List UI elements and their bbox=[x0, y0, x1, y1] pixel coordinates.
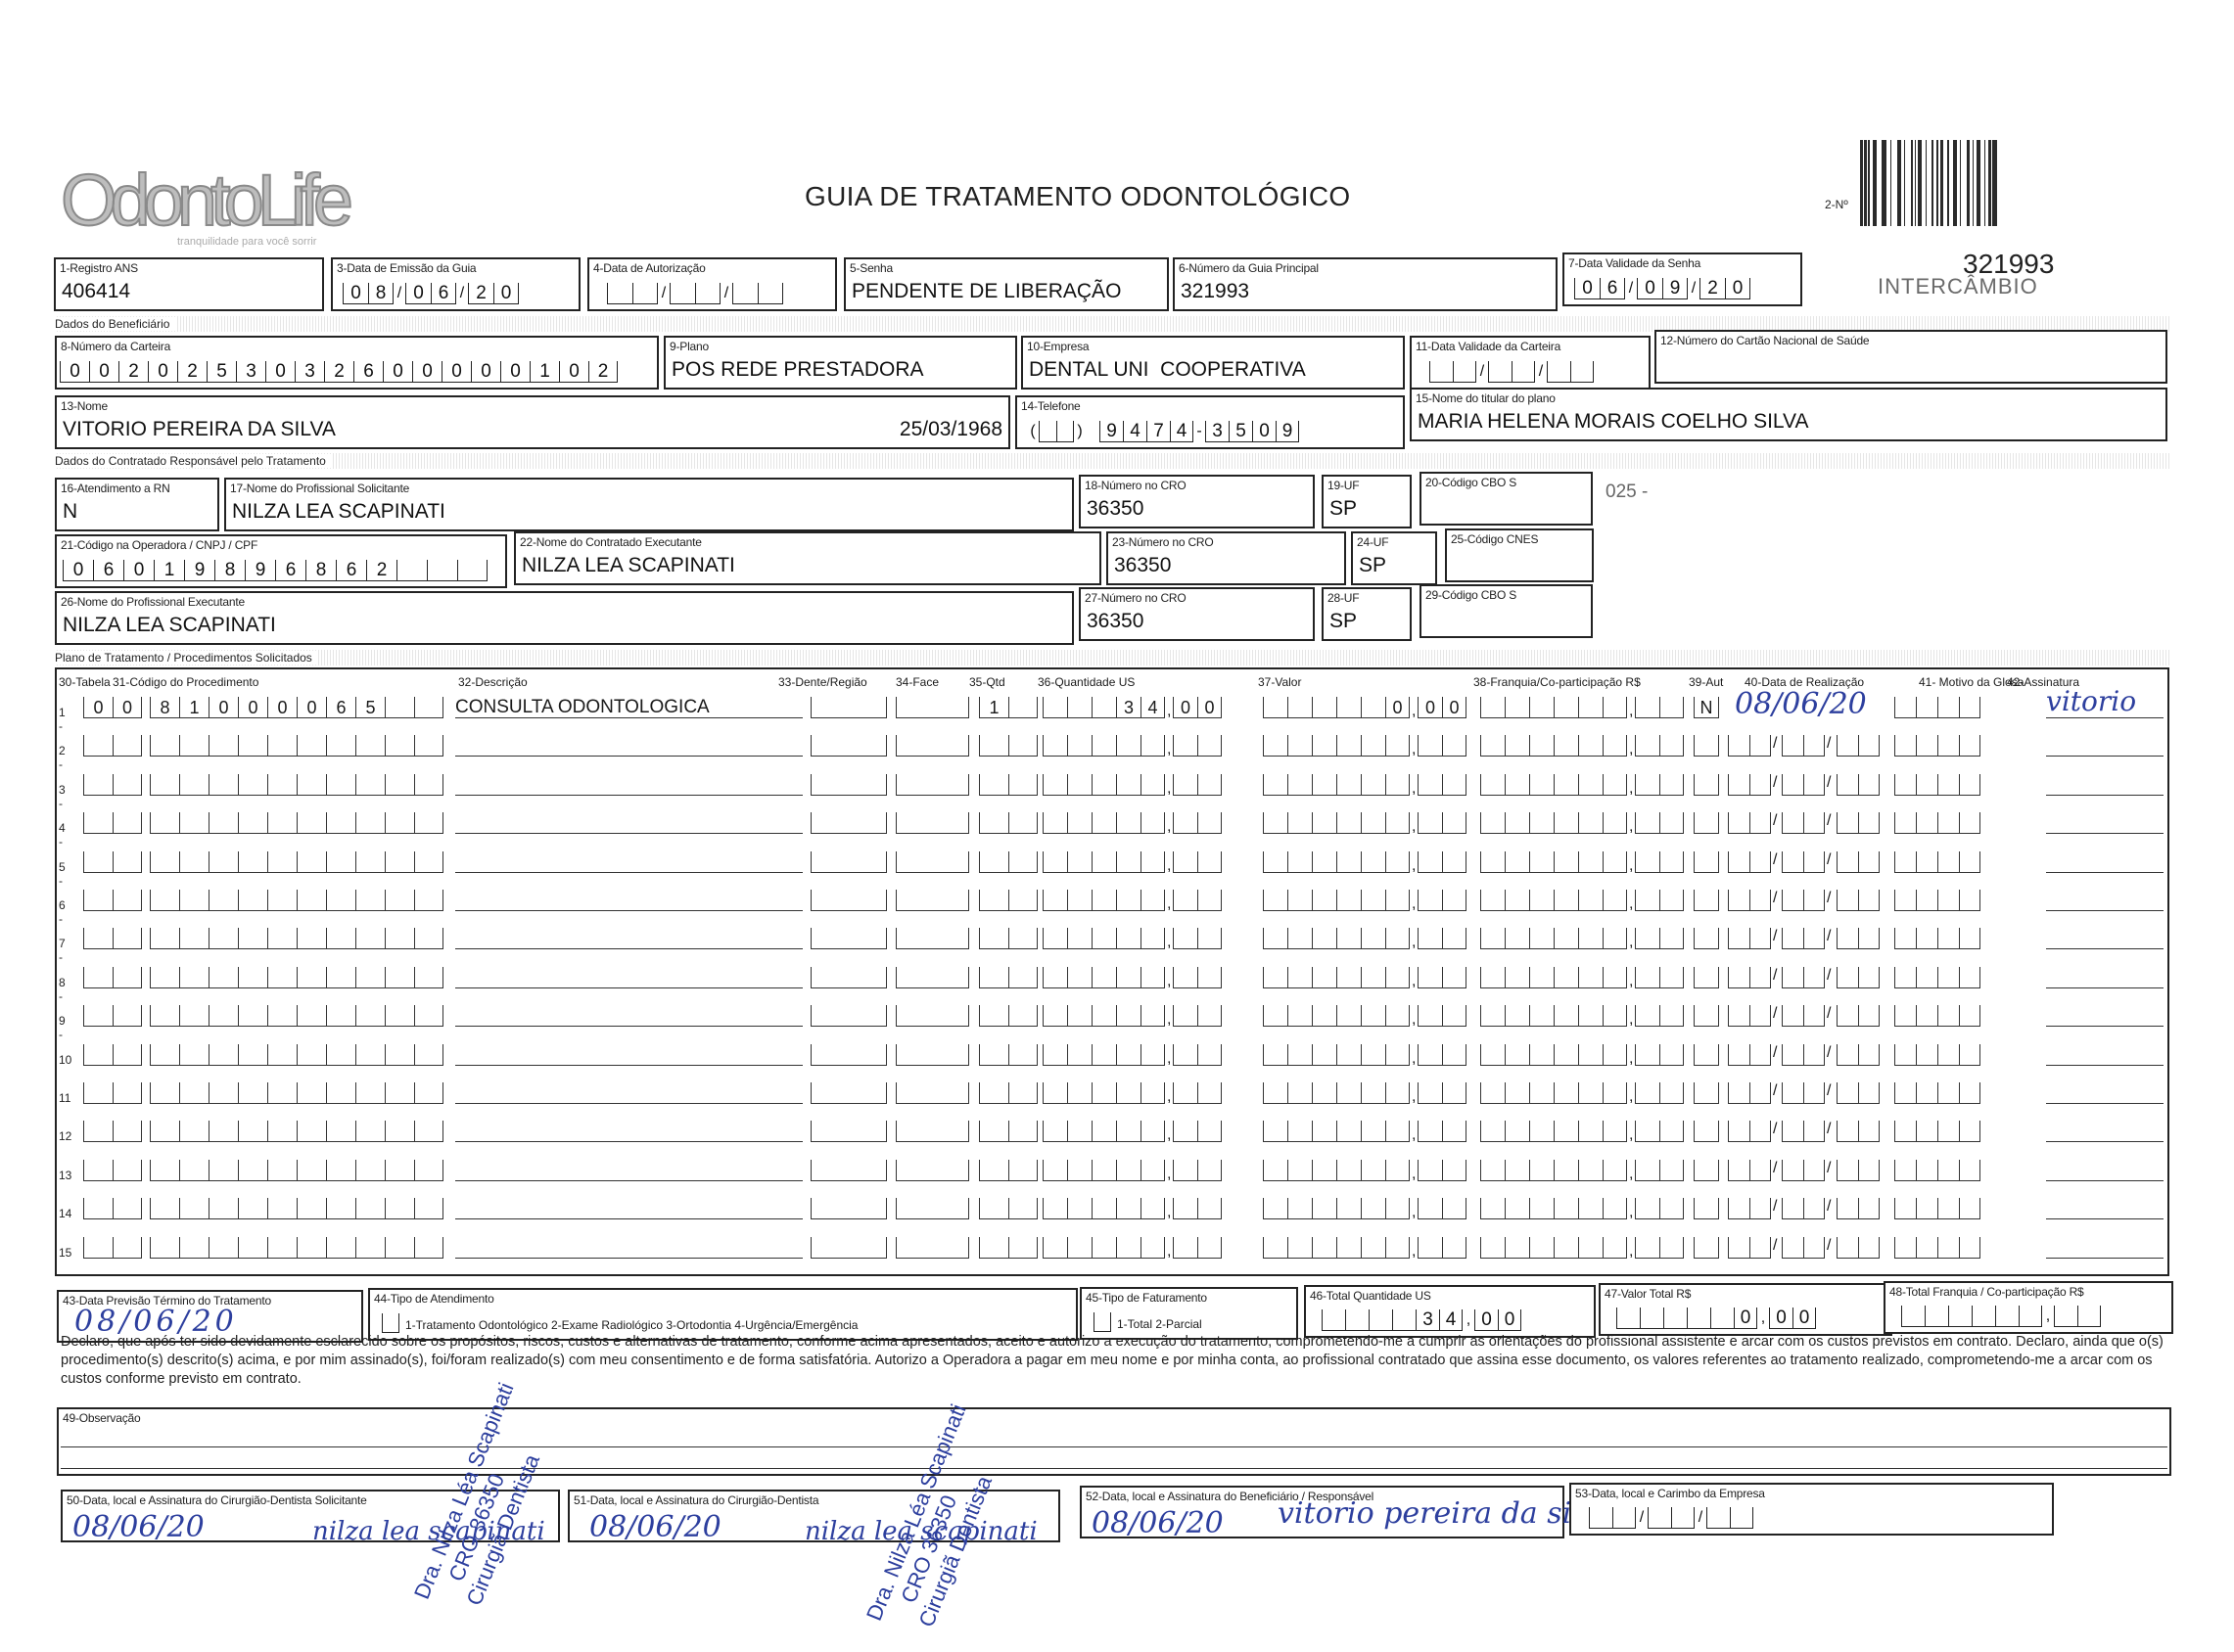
cell-group[interactable] bbox=[1782, 1121, 1825, 1142]
assinatura-field[interactable] bbox=[2046, 1121, 2164, 1142]
cell-group[interactable] bbox=[150, 1121, 443, 1142]
cell-group[interactable] bbox=[1635, 735, 1684, 757]
observacao-field[interactable]: 49-Observação bbox=[57, 1407, 2171, 1476]
cell-group[interactable] bbox=[1894, 1044, 1980, 1066]
empresa-field[interactable]: 10-Empresa DENTAL UNI COOPERATIVA bbox=[1021, 336, 1405, 390]
cell-group[interactable] bbox=[1694, 1005, 1719, 1027]
cns-field[interactable]: 12-Número do Cartão Nacional de Saúde bbox=[1654, 330, 2167, 384]
cell-group[interactable] bbox=[811, 1237, 887, 1259]
cell-group[interactable] bbox=[83, 1005, 142, 1027]
cell-group[interactable] bbox=[896, 1082, 969, 1104]
cell-group[interactable] bbox=[1837, 890, 1880, 911]
data-autorizacao-field[interactable]: 4-Data de Autorização // bbox=[587, 257, 837, 311]
cell-group[interactable] bbox=[979, 1005, 1038, 1027]
assinatura-field[interactable] bbox=[2046, 1005, 2164, 1027]
cell-group[interactable] bbox=[1480, 1044, 1627, 1066]
cell-group[interactable] bbox=[83, 812, 142, 834]
cell-group[interactable] bbox=[1837, 1082, 1880, 1104]
cell-group[interactable] bbox=[1694, 1237, 1719, 1259]
cell-group[interactable] bbox=[1043, 1121, 1165, 1142]
cro-18-field[interactable]: 18-Número no CRO 36350 bbox=[1079, 475, 1315, 528]
cell-group[interactable] bbox=[150, 812, 443, 834]
cell-group[interactable] bbox=[1894, 967, 1980, 988]
cbo-29-field[interactable]: 29-Código CBO S bbox=[1420, 584, 1593, 638]
cell-group[interactable] bbox=[1263, 1160, 1410, 1181]
cell-group[interactable] bbox=[811, 1044, 887, 1066]
cell-group[interactable] bbox=[1635, 697, 1684, 718]
cell-group[interactable] bbox=[1837, 1121, 1880, 1142]
description-field[interactable]: CONSULTA ODONTOLOGICA bbox=[455, 697, 803, 718]
cell-group[interactable] bbox=[1894, 1198, 1980, 1219]
cell-group[interactable] bbox=[1263, 1005, 1410, 1027]
cell-group[interactable] bbox=[811, 774, 887, 796]
cell-group[interactable] bbox=[1173, 1198, 1222, 1219]
description-field[interactable] bbox=[455, 1160, 803, 1181]
prof-solicitante-field[interactable]: 17-Nome do Profissional Solicitante NILZ… bbox=[224, 478, 1074, 531]
cell-group[interactable] bbox=[811, 928, 887, 949]
cell-group[interactable] bbox=[1480, 697, 1627, 718]
cell-group[interactable] bbox=[1173, 851, 1222, 873]
uf-28-field[interactable]: 28-UF SP bbox=[1322, 587, 1412, 641]
cell-group[interactable] bbox=[1418, 1082, 1466, 1104]
cell-group[interactable] bbox=[896, 1198, 969, 1219]
cell-group[interactable] bbox=[811, 697, 887, 718]
total-franquia-field[interactable]: 48-Total Franquia / Co-participação R$ , bbox=[1884, 1281, 2173, 1334]
cell-group[interactable] bbox=[83, 851, 142, 873]
cell-group[interactable] bbox=[896, 1005, 969, 1027]
cell-group[interactable] bbox=[1173, 1005, 1222, 1027]
cell-group[interactable] bbox=[979, 967, 1038, 988]
cell-group[interactable] bbox=[811, 812, 887, 834]
cell-group[interactable] bbox=[1728, 1198, 1771, 1219]
cell-group[interactable] bbox=[1635, 1237, 1684, 1259]
cell-group[interactable] bbox=[83, 890, 142, 911]
cell-group[interactable]: 81000065 bbox=[150, 697, 443, 718]
guia-principal-field[interactable]: 6-Número da Guia Principal 321993 bbox=[1173, 257, 1558, 311]
cell-group[interactable]: 00 bbox=[83, 697, 142, 718]
cell-group[interactable] bbox=[1263, 1082, 1410, 1104]
cell-group[interactable] bbox=[1635, 1198, 1684, 1219]
cell-group[interactable] bbox=[1418, 735, 1466, 757]
cell-group[interactable]: N bbox=[1694, 697, 1719, 718]
cell-group[interactable] bbox=[1480, 1198, 1627, 1219]
cell-group[interactable] bbox=[83, 1044, 142, 1066]
cell-group[interactable] bbox=[1043, 1044, 1165, 1066]
cell-group[interactable] bbox=[979, 851, 1038, 873]
cell-group[interactable] bbox=[979, 774, 1038, 796]
description-field[interactable] bbox=[455, 890, 803, 911]
data-emissao-field[interactable]: 3-Data de Emissão da Guia 08/06/20 bbox=[331, 257, 581, 311]
cell-group[interactable] bbox=[1173, 967, 1222, 988]
cell-group[interactable] bbox=[1837, 967, 1880, 988]
cell-group[interactable] bbox=[1782, 851, 1825, 873]
cell-group[interactable] bbox=[1635, 1121, 1684, 1142]
cell-group[interactable] bbox=[1173, 928, 1222, 949]
atendimento-rn-field[interactable]: 16-Atendimento a RN N bbox=[55, 478, 219, 531]
cell-group[interactable] bbox=[1635, 851, 1684, 873]
cell-group[interactable] bbox=[150, 1160, 443, 1181]
cell-group[interactable] bbox=[1173, 1121, 1222, 1142]
cell-group[interactable] bbox=[811, 1082, 887, 1104]
cell-group[interactable] bbox=[1418, 1005, 1466, 1027]
description-field[interactable] bbox=[455, 812, 803, 834]
cell-group[interactable] bbox=[1837, 774, 1880, 796]
assinatura-field[interactable]: vitorio bbox=[2046, 697, 2164, 718]
assinatura-field[interactable] bbox=[2046, 1082, 2164, 1104]
cell-group[interactable] bbox=[1043, 1082, 1165, 1104]
cell-group[interactable] bbox=[1263, 812, 1410, 834]
cell-group[interactable] bbox=[1635, 890, 1684, 911]
cell-group[interactable] bbox=[1894, 928, 1980, 949]
cell-group[interactable] bbox=[1728, 812, 1771, 834]
cell-group[interactable] bbox=[1782, 1237, 1825, 1259]
cell-group[interactable] bbox=[1782, 1044, 1825, 1066]
cell-group[interactable]: 34 bbox=[1043, 697, 1165, 718]
cell-group[interactable] bbox=[1894, 735, 1980, 757]
cell-group[interactable] bbox=[1894, 812, 1980, 834]
description-field[interactable] bbox=[455, 928, 803, 949]
cell-group[interactable] bbox=[83, 1198, 142, 1219]
cell-group[interactable] bbox=[979, 735, 1038, 757]
cell-group[interactable] bbox=[1694, 890, 1719, 911]
cell-group[interactable] bbox=[1173, 812, 1222, 834]
cell-group[interactable] bbox=[1480, 1005, 1627, 1027]
cell-group[interactable] bbox=[1728, 774, 1771, 796]
cell-group[interactable] bbox=[1480, 1237, 1627, 1259]
cell-group[interactable] bbox=[1635, 1044, 1684, 1066]
cell-group[interactable] bbox=[811, 967, 887, 988]
senha-field[interactable]: 5-Senha PENDENTE DE LIBERAÇÃO bbox=[844, 257, 1169, 311]
cell-group[interactable] bbox=[979, 1082, 1038, 1104]
cell-group[interactable] bbox=[1635, 967, 1684, 988]
cell-group[interactable] bbox=[1043, 967, 1165, 988]
cell-group[interactable] bbox=[1480, 890, 1627, 911]
cell-group[interactable] bbox=[83, 1160, 142, 1181]
cbo-20-field[interactable]: 20-Código CBO S bbox=[1420, 472, 1593, 526]
cell-group[interactable] bbox=[1418, 890, 1466, 911]
assinatura-field[interactable] bbox=[2046, 1198, 2164, 1219]
cell-group[interactable] bbox=[896, 735, 969, 757]
cell-group[interactable] bbox=[1418, 1237, 1466, 1259]
cnes-field[interactable]: 25-Código CNES bbox=[1445, 528, 1594, 582]
cro-27-field[interactable]: 27-Número no CRO 36350 bbox=[1079, 587, 1315, 641]
carimbo-empresa-field[interactable]: 53-Data, local e Carimbo da Empresa // bbox=[1569, 1483, 2054, 1536]
cro-23-field[interactable]: 23-Número no CRO 36350 bbox=[1106, 531, 1346, 585]
cell-group[interactable] bbox=[896, 697, 969, 718]
plano-field[interactable]: 9-Plano POS REDE PRESTADORA bbox=[664, 336, 1017, 390]
assinatura-beneficiario-field[interactable]: 52-Data, local e Assinatura do Beneficiá… bbox=[1080, 1486, 1564, 1538]
assinatura-field[interactable] bbox=[2046, 967, 2164, 988]
cell-group[interactable] bbox=[896, 774, 969, 796]
cell-group[interactable]: 0 bbox=[1263, 697, 1410, 718]
cell-group[interactable] bbox=[1694, 812, 1719, 834]
cell-group[interactable] bbox=[150, 1198, 443, 1219]
cell-group[interactable] bbox=[1894, 1121, 1980, 1142]
cell-group[interactable] bbox=[1263, 1044, 1410, 1066]
cell-group[interactable] bbox=[1173, 774, 1222, 796]
description-field[interactable] bbox=[455, 1198, 803, 1219]
cell-group[interactable] bbox=[811, 1198, 887, 1219]
cell-group[interactable] bbox=[1894, 1237, 1980, 1259]
cell-group[interactable] bbox=[83, 1082, 142, 1104]
cell-group[interactable] bbox=[1782, 1005, 1825, 1027]
cell-group[interactable] bbox=[1694, 928, 1719, 949]
cell-group[interactable] bbox=[1418, 1121, 1466, 1142]
cell-group[interactable] bbox=[1837, 1198, 1880, 1219]
cell-group[interactable] bbox=[1173, 1044, 1222, 1066]
cell-group[interactable] bbox=[1837, 1044, 1880, 1066]
cell-group[interactable] bbox=[150, 967, 443, 988]
cell-group[interactable] bbox=[83, 735, 142, 757]
cell-group[interactable] bbox=[1728, 851, 1771, 873]
cell-group[interactable] bbox=[1043, 890, 1165, 911]
cell-group[interactable] bbox=[1043, 851, 1165, 873]
cell-group[interactable] bbox=[1480, 851, 1627, 873]
cell-group[interactable] bbox=[1837, 1237, 1880, 1259]
cell-group[interactable] bbox=[1043, 1237, 1165, 1259]
cell-group[interactable] bbox=[1480, 1160, 1627, 1181]
cell-group[interactable] bbox=[1694, 967, 1719, 988]
cell-group[interactable] bbox=[1894, 774, 1980, 796]
contratado-executante-field[interactable]: 22-Nome do Contratado Executante NILZA L… bbox=[514, 531, 1101, 585]
cell-group[interactable] bbox=[811, 1121, 887, 1142]
cell-group[interactable] bbox=[1782, 1160, 1825, 1181]
cell-group[interactable] bbox=[1728, 1005, 1771, 1027]
cell-group[interactable] bbox=[811, 1160, 887, 1181]
cell-group[interactable] bbox=[1263, 1121, 1410, 1142]
cell-group[interactable] bbox=[896, 1160, 969, 1181]
assinatura-field[interactable] bbox=[2046, 851, 2164, 873]
codigo-operadora-field[interactable]: 21-Código na Operadora / CNPJ / CPF 0601… bbox=[55, 534, 507, 588]
cell-group[interactable] bbox=[1418, 1160, 1466, 1181]
description-field[interactable] bbox=[455, 851, 803, 873]
cell-group[interactable] bbox=[1263, 774, 1410, 796]
cell-group[interactable] bbox=[150, 928, 443, 949]
cell-group[interactable] bbox=[83, 774, 142, 796]
cell-group[interactable] bbox=[1173, 735, 1222, 757]
cell-group[interactable] bbox=[1418, 967, 1466, 988]
description-field[interactable] bbox=[455, 967, 803, 988]
cell-group[interactable] bbox=[979, 1237, 1038, 1259]
cell-group[interactable] bbox=[83, 967, 142, 988]
nome-field[interactable]: 13-Nome VITORIO PEREIRA DA SILVA 25/03/1… bbox=[55, 395, 1010, 449]
cell-group[interactable] bbox=[1728, 1121, 1771, 1142]
cell-group[interactable] bbox=[1173, 1082, 1222, 1104]
description-field[interactable] bbox=[455, 1237, 803, 1259]
cell-group[interactable] bbox=[1694, 774, 1719, 796]
cell-group[interactable] bbox=[83, 1237, 142, 1259]
cell-group[interactable] bbox=[1480, 967, 1627, 988]
titular-field[interactable]: 15-Nome do titular do plano MARIA HELENA… bbox=[1410, 388, 2167, 441]
assinatura-field[interactable] bbox=[2046, 735, 2164, 757]
cell-group[interactable] bbox=[896, 1121, 969, 1142]
cell-group[interactable] bbox=[1043, 928, 1165, 949]
cell-group[interactable] bbox=[1635, 1005, 1684, 1027]
cell-group[interactable] bbox=[1635, 1082, 1684, 1104]
cell-group[interactable] bbox=[1837, 1160, 1880, 1181]
cell-group[interactable] bbox=[150, 1044, 443, 1066]
cell-group[interactable] bbox=[1263, 851, 1410, 873]
cell-group[interactable]: 00 bbox=[1173, 697, 1222, 718]
cell-group[interactable] bbox=[1837, 812, 1880, 834]
cell-group[interactable] bbox=[1173, 1237, 1222, 1259]
cell-group[interactable] bbox=[896, 1044, 969, 1066]
cell-group[interactable] bbox=[1894, 697, 1980, 718]
cell-group[interactable] bbox=[1782, 890, 1825, 911]
cell-group[interactable] bbox=[896, 851, 969, 873]
total-us-field[interactable]: 46-Total Quantidade US 34,00 bbox=[1304, 1285, 1596, 1338]
cell-group[interactable] bbox=[1782, 735, 1825, 757]
cell-group[interactable] bbox=[979, 1198, 1038, 1219]
cell-group[interactable] bbox=[1635, 812, 1684, 834]
valor-total-field[interactable]: 47-Valor Total R$ 0,00 bbox=[1599, 1283, 1892, 1336]
cell-group[interactable] bbox=[1837, 928, 1880, 949]
description-field[interactable] bbox=[455, 1082, 803, 1104]
validade-carteira-field[interactable]: 11-Data Validade da Carteira // bbox=[1410, 336, 1651, 390]
cell-group[interactable] bbox=[1418, 774, 1466, 796]
cell-group[interactable] bbox=[1480, 928, 1627, 949]
cell-group[interactable] bbox=[1728, 735, 1771, 757]
cell-group[interactable] bbox=[1635, 1160, 1684, 1181]
description-field[interactable] bbox=[455, 1044, 803, 1066]
cell-group[interactable] bbox=[1418, 928, 1466, 949]
cell-group[interactable] bbox=[1728, 1044, 1771, 1066]
cell-group[interactable] bbox=[811, 1005, 887, 1027]
cell-group[interactable] bbox=[1418, 1044, 1466, 1066]
assinatura-field[interactable] bbox=[2046, 1237, 2164, 1259]
cell-group[interactable] bbox=[1480, 812, 1627, 834]
cell-group[interactable] bbox=[979, 928, 1038, 949]
cell-group[interactable]: 1 bbox=[979, 697, 1038, 718]
tipo-faturamento-checkbox[interactable] bbox=[1094, 1312, 1111, 1332]
cell-group[interactable] bbox=[1043, 1005, 1165, 1027]
validade-senha-field[interactable]: 7-Data Validade da Senha 06/09/20 bbox=[1562, 252, 1802, 306]
cell-group[interactable] bbox=[1263, 735, 1410, 757]
cell-group[interactable] bbox=[150, 1005, 443, 1027]
cell-group[interactable] bbox=[150, 735, 443, 757]
cell-group[interactable] bbox=[811, 851, 887, 873]
cell-group[interactable] bbox=[150, 890, 443, 911]
description-field[interactable] bbox=[455, 1121, 803, 1142]
cell-group[interactable] bbox=[896, 1237, 969, 1259]
cell-group[interactable] bbox=[1694, 735, 1719, 757]
assinatura-field[interactable] bbox=[2046, 890, 2164, 911]
data-realizacao[interactable]: 08/06/20 bbox=[1735, 687, 1867, 721]
cell-group[interactable] bbox=[1263, 1198, 1410, 1219]
cell-group[interactable] bbox=[83, 1121, 142, 1142]
cell-group[interactable] bbox=[1635, 774, 1684, 796]
assinatura-field[interactable] bbox=[2046, 812, 2164, 834]
cell-group[interactable] bbox=[83, 928, 142, 949]
cell-group[interactable] bbox=[811, 890, 887, 911]
cell-group[interactable] bbox=[1837, 851, 1880, 873]
cell-group[interactable] bbox=[1728, 928, 1771, 949]
cell-group[interactable] bbox=[1894, 1005, 1980, 1027]
cell-group[interactable] bbox=[1043, 735, 1165, 757]
cell-group[interactable] bbox=[1173, 890, 1222, 911]
cell-group[interactable] bbox=[1782, 1198, 1825, 1219]
cell-group[interactable] bbox=[150, 774, 443, 796]
description-field[interactable] bbox=[455, 774, 803, 796]
cell-group[interactable] bbox=[1043, 774, 1165, 796]
cell-group[interactable] bbox=[1782, 774, 1825, 796]
cell-group[interactable] bbox=[1043, 1160, 1165, 1181]
telefone-field[interactable]: 14-Telefone ()9474-3509 bbox=[1015, 395, 1405, 449]
cell-group[interactable] bbox=[1894, 1082, 1980, 1104]
cell-group[interactable] bbox=[1837, 1005, 1880, 1027]
assinatura-field[interactable] bbox=[2046, 928, 2164, 949]
cell-group[interactable] bbox=[1782, 928, 1825, 949]
assinatura-field[interactable] bbox=[2046, 1160, 2164, 1181]
cell-group[interactable] bbox=[1728, 890, 1771, 911]
cell-group[interactable] bbox=[1837, 735, 1880, 757]
cell-group[interactable] bbox=[1728, 1160, 1771, 1181]
cell-group[interactable] bbox=[1782, 967, 1825, 988]
uf-24-field[interactable]: 24-UF SP bbox=[1351, 531, 1437, 585]
cell-group[interactable] bbox=[896, 890, 969, 911]
cell-group[interactable] bbox=[1728, 967, 1771, 988]
cell-group[interactable] bbox=[1694, 1082, 1719, 1104]
cell-group[interactable] bbox=[1728, 1082, 1771, 1104]
carteira-field[interactable]: 8-Número da Carteira 0020253032600000102 bbox=[55, 336, 659, 390]
cell-group[interactable] bbox=[1173, 1160, 1222, 1181]
cell-group[interactable] bbox=[1728, 1237, 1771, 1259]
description-field[interactable] bbox=[455, 735, 803, 757]
cell-group[interactable] bbox=[896, 928, 969, 949]
cell-group[interactable] bbox=[1043, 812, 1165, 834]
prof-executante-field[interactable]: 26-Nome do Profissional Executante NILZA… bbox=[55, 591, 1074, 645]
cell-group[interactable] bbox=[150, 1237, 443, 1259]
registro-ans-field[interactable]: 1-Registro ANS 406414 bbox=[54, 257, 324, 311]
cell-group[interactable] bbox=[896, 967, 969, 988]
cell-group[interactable] bbox=[1782, 1082, 1825, 1104]
cell-group[interactable] bbox=[1694, 1160, 1719, 1181]
cell-group[interactable] bbox=[1782, 812, 1825, 834]
cell-group[interactable] bbox=[1418, 1198, 1466, 1219]
cell-group[interactable] bbox=[1480, 735, 1627, 757]
cell-group[interactable] bbox=[979, 1044, 1038, 1066]
cell-group[interactable] bbox=[1418, 851, 1466, 873]
cell-group[interactable] bbox=[979, 1121, 1038, 1142]
cell-group[interactable] bbox=[1894, 1160, 1980, 1181]
cell-group[interactable] bbox=[1480, 1082, 1627, 1104]
cell-group[interactable] bbox=[1480, 774, 1627, 796]
assinatura-field[interactable] bbox=[2046, 1044, 2164, 1066]
cell-group[interactable] bbox=[896, 812, 969, 834]
cell-group[interactable] bbox=[1635, 928, 1684, 949]
cell-group[interactable] bbox=[1263, 967, 1410, 988]
description-field[interactable] bbox=[455, 1005, 803, 1027]
uf-19-field[interactable]: 19-UF SP bbox=[1322, 475, 1412, 528]
cell-group[interactable] bbox=[979, 890, 1038, 911]
cell-group[interactable] bbox=[979, 812, 1038, 834]
cell-group[interactable] bbox=[1694, 1121, 1719, 1142]
cell-group[interactable] bbox=[1694, 851, 1719, 873]
cell-group[interactable] bbox=[1418, 812, 1466, 834]
cell-group[interactable] bbox=[811, 735, 887, 757]
cell-group[interactable] bbox=[1263, 928, 1410, 949]
cell-group[interactable] bbox=[979, 1160, 1038, 1181]
cell-group[interactable] bbox=[150, 851, 443, 873]
cell-group[interactable] bbox=[1694, 1198, 1719, 1219]
cell-group[interactable] bbox=[1694, 1044, 1719, 1066]
assinatura-field[interactable] bbox=[2046, 774, 2164, 796]
tipo-faturamento-field[interactable]: 45-Tipo de Faturamento 1-Total 2-Parcial bbox=[1080, 1287, 1298, 1340]
cell-group[interactable] bbox=[1263, 1237, 1410, 1259]
tipo-atendimento-checkbox[interactable] bbox=[382, 1313, 399, 1333]
cell-group[interactable] bbox=[1043, 1198, 1165, 1219]
cell-group[interactable] bbox=[1263, 890, 1410, 911]
